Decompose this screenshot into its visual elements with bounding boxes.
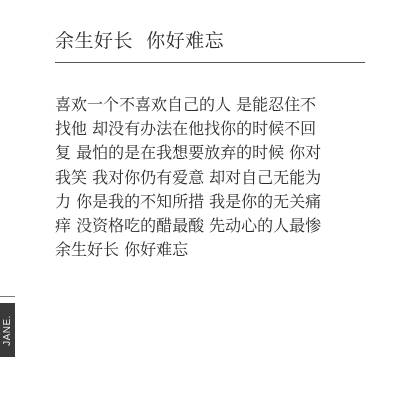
quote-line: 复 最怕的是在我想要放弃的时候 你对 [55,141,375,165]
quote-line: 力 你是我的不知所措 我是你的无关痛 [55,190,375,214]
quote-line: 找他 却没有办法在他找你的时候不回 [55,117,375,141]
tab-divider [0,296,15,297]
title-divider [55,62,365,63]
page-title: 余生好长 你好难忘 [55,26,224,53]
quote-line: 喜欢一个不喜欢自己的人 是能忍住不 [55,93,375,117]
quote-body: 喜欢一个不喜欢自己的人 是能忍住不 找他 却没有办法在他找你的时候不回 复 最怕… [55,93,375,262]
quote-line: 痒 没资格吃的醋最酸 先动心的人最惨 [55,214,375,238]
quote-line: 我笑 我对你仍有爱意 却对自己无能为 [55,166,375,190]
signature-label: JANE. [2,315,13,346]
signature-tab: JANE. [0,303,15,357]
quote-line: 余生好长 你好难忘 [55,238,375,262]
